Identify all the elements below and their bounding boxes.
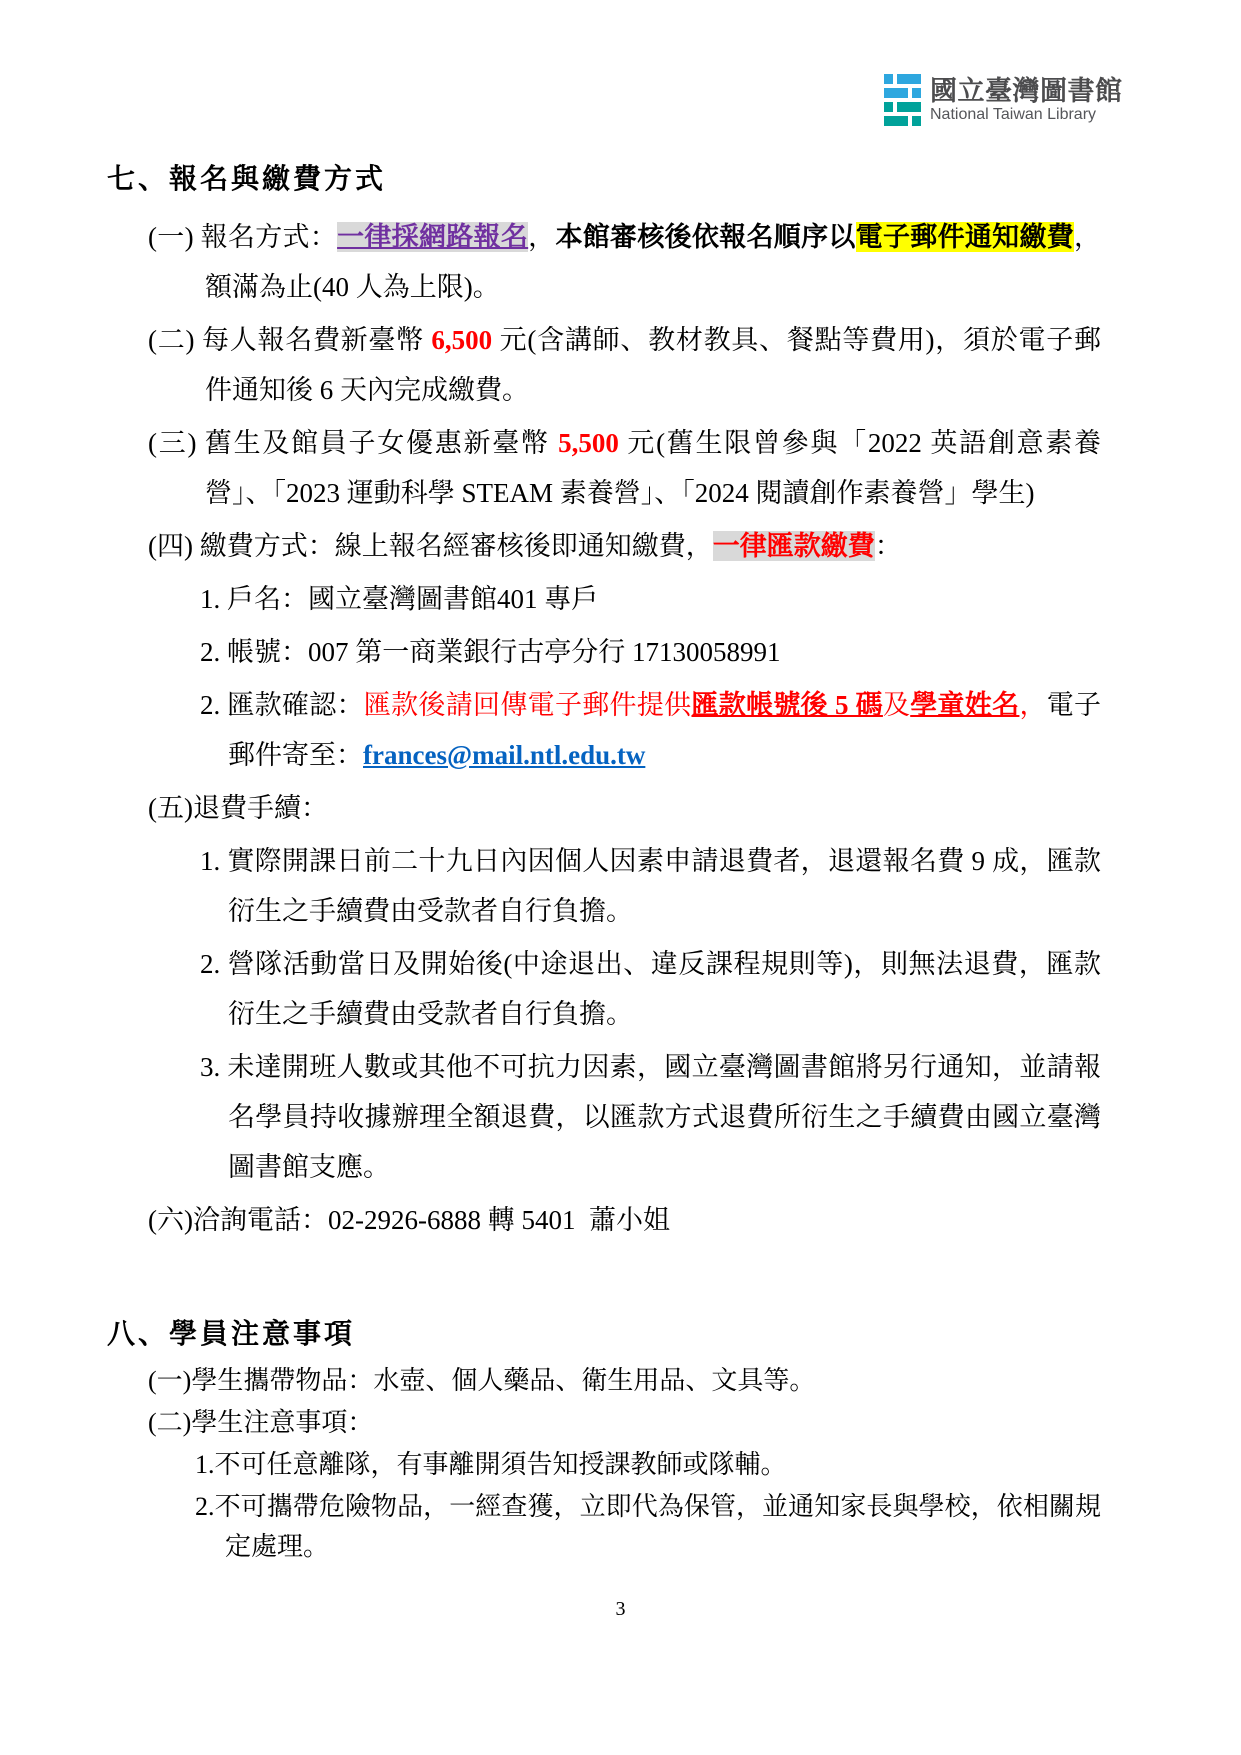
subitem-remittance-confirmation: 2. 匯款確認：匯款後請回傳電子郵件提供匯款帳號後 5 碼及學童姓名，電子郵件寄… <box>107 680 1101 780</box>
item-marker: (二) <box>148 325 202 355</box>
text-run: 洽詢電話：02-2926-6888 轉 5401 蕭小姐 <box>193 1205 670 1235</box>
section-registration-payment: 七、報名與繳費方式 (一) 報名方式：一律採網路報名，本館審核後依報名順序以電子… <box>107 162 1101 1245</box>
subitem-account-name: 1. 戶名：國立臺灣圖書館401 專戶 <box>107 574 1101 624</box>
page-number: 3 <box>0 1598 1241 1621</box>
item-registration-fee: (二) 每人報名費新臺幣 6,500 元(含講師、教材教具、餐點等費用)，須於電… <box>107 315 1101 415</box>
text-run: 及 <box>883 690 910 720</box>
subitem-refund-2: 2. 營隊活動當日及開始後(中途退出、違反課程規則等)，則無法退費，匯款衍生之手… <box>107 939 1101 1039</box>
subitem-account-number: 2. 帳號：007 第一商業銀行古亭分行 17130058991 <box>107 627 1101 677</box>
text-run: ， <box>528 222 555 252</box>
item-payment-method: (四) 繳費方式：線上報名經審核後即通知繳費，一律匯款繳費： <box>107 521 1101 571</box>
subitem-refund-3: 3. 未達開班人數或其他不可抗力因素，國立臺灣圖書館將另行通知，並請報名學員持收… <box>107 1042 1101 1192</box>
text-run: 營隊活動當日及開始後(中途退出、違反課程規則等)，則無法退費，匯款衍生之手續費由… <box>228 949 1101 1029</box>
student-name-required: 學童姓名 <box>910 690 1019 720</box>
highlight-online-registration: 一律採網路報名 <box>337 222 528 252</box>
text-run: ： <box>875 531 902 561</box>
text-run: 繳費方式：線上報名經審核後即通知繳費， <box>200 531 713 561</box>
item-marker: (六) <box>148 1205 193 1235</box>
item-marker: 2. <box>200 949 228 979</box>
price-regular: 6,500 <box>431 325 492 355</box>
remittance-last5-digits: 匯款帳號後 5 碼 <box>691 690 882 720</box>
subitem-rule-2: 2.不可攜帶危險物品，一經查獲，立即代為保管，並通知家長與學校，依相關規定處理。 <box>107 1487 1101 1567</box>
item-marker: (三) <box>148 428 205 458</box>
text-run: 學生攜帶物品：水壺、個人藥品、衛生用品、文具等。 <box>191 1366 815 1395</box>
section-student-notes: 八、學員注意事項 (一)學生攜帶物品：水壺、個人藥品、衛生用品、文具等。 (二)… <box>107 1317 1101 1567</box>
email-link[interactable]: frances@mail.ntl.edu.tw <box>363 740 645 770</box>
text-run: 帳號：007 第一商業銀行古亭分行 17130058991 <box>227 637 781 667</box>
item-marker: 1. <box>200 846 227 876</box>
item-marker: 3. <box>200 1052 227 1082</box>
item-marker: 1. <box>200 584 227 614</box>
text-run: 報名方式： <box>201 222 337 252</box>
item-contact-phone: (六)洽詢電話：02-2926-6888 轉 5401 蕭小姐 <box>107 1195 1101 1245</box>
item-marker: (一) <box>148 1366 191 1395</box>
document-page: 國立臺灣圖書館 National Taiwan Library 七、報名與繳費方… <box>0 0 1241 1755</box>
item-marker: (一) <box>148 222 201 252</box>
item-refund-procedure: (五)退費手續： <box>107 783 1101 833</box>
section-7-heading: 七、報名與繳費方式 <box>107 162 1101 198</box>
text-run: 不可任意離隊，有事離開須告知授課教師或隊輔。 <box>215 1450 787 1479</box>
item-marker: (二) <box>148 1408 191 1437</box>
highlight-remittance-only: 一律匯款繳費 <box>713 531 875 561</box>
item-marker: 1. <box>195 1450 215 1479</box>
remittance-instruction: 匯款後請回傳電子郵件提供 <box>364 690 692 720</box>
text-run: 舊生及館員子女優惠新臺幣 <box>205 428 558 458</box>
text-run: 不可攜帶危險物品，一經查獲，立即代為保管，並通知家長與學校，依相關規定處理。 <box>215 1492 1102 1561</box>
item-registration-method: (一) 報名方式：一律採網路報名，本館審核後依報名順序以電子郵件通知繳費，額滿為… <box>107 212 1101 312</box>
subitem-refund-1: 1. 實際開課日前二十九日內因個人因素申請退費者，退還報名費 9 成，匯款衍生之… <box>107 836 1101 936</box>
item-marker: 2. <box>200 690 227 720</box>
section-8-heading: 八、學員注意事項 <box>107 1317 1101 1353</box>
text-run: 退費手續： <box>193 793 328 823</box>
item-discount-fee: (三) 舊生及館員子女優惠新臺幣 5,500 元(舊生限曾參與「2022 英語創… <box>107 418 1101 518</box>
text-run: 每人報名費新臺幣 <box>202 325 431 355</box>
highlight-email-payment-notice: 電子郵件通知繳費 <box>856 222 1074 252</box>
text-run: ， <box>1019 690 1046 720</box>
text-run: 未達開班人數或其他不可抗力因素，國立臺灣圖書館將另行通知，並請報名學員持收據辦理… <box>227 1052 1101 1182</box>
text-run: 戶名：國立臺灣圖書館401 專戶 <box>227 584 598 614</box>
item-marker: 2. <box>200 637 227 667</box>
price-discount: 5,500 <box>558 428 619 458</box>
text-run: 實際開課日前二十九日內因個人因素申請退費者，退還報名費 9 成，匯款衍生之手續費… <box>227 846 1101 926</box>
text-run: 學生注意事項： <box>191 1408 373 1437</box>
subitem-rule-1: 1.不可任意離隊，有事離開須告知授課教師或隊輔。 <box>107 1445 1101 1485</box>
item-student-rules: (二)學生注意事項： <box>107 1403 1101 1443</box>
item-items-to-bring: (一)學生攜帶物品：水壺、個人藥品、衛生用品、文具等。 <box>107 1361 1101 1401</box>
text-run: 匯款確認： <box>227 690 364 720</box>
text-run-bold: 本館審核後依報名順序以 <box>555 222 855 252</box>
item-marker: 2. <box>195 1492 215 1521</box>
item-marker: (四) <box>148 531 200 561</box>
document-body: 七、報名與繳費方式 (一) 報名方式：一律採網路報名，本館審核後依報名順序以電子… <box>107 0 1101 1569</box>
item-marker: (五) <box>148 793 193 823</box>
